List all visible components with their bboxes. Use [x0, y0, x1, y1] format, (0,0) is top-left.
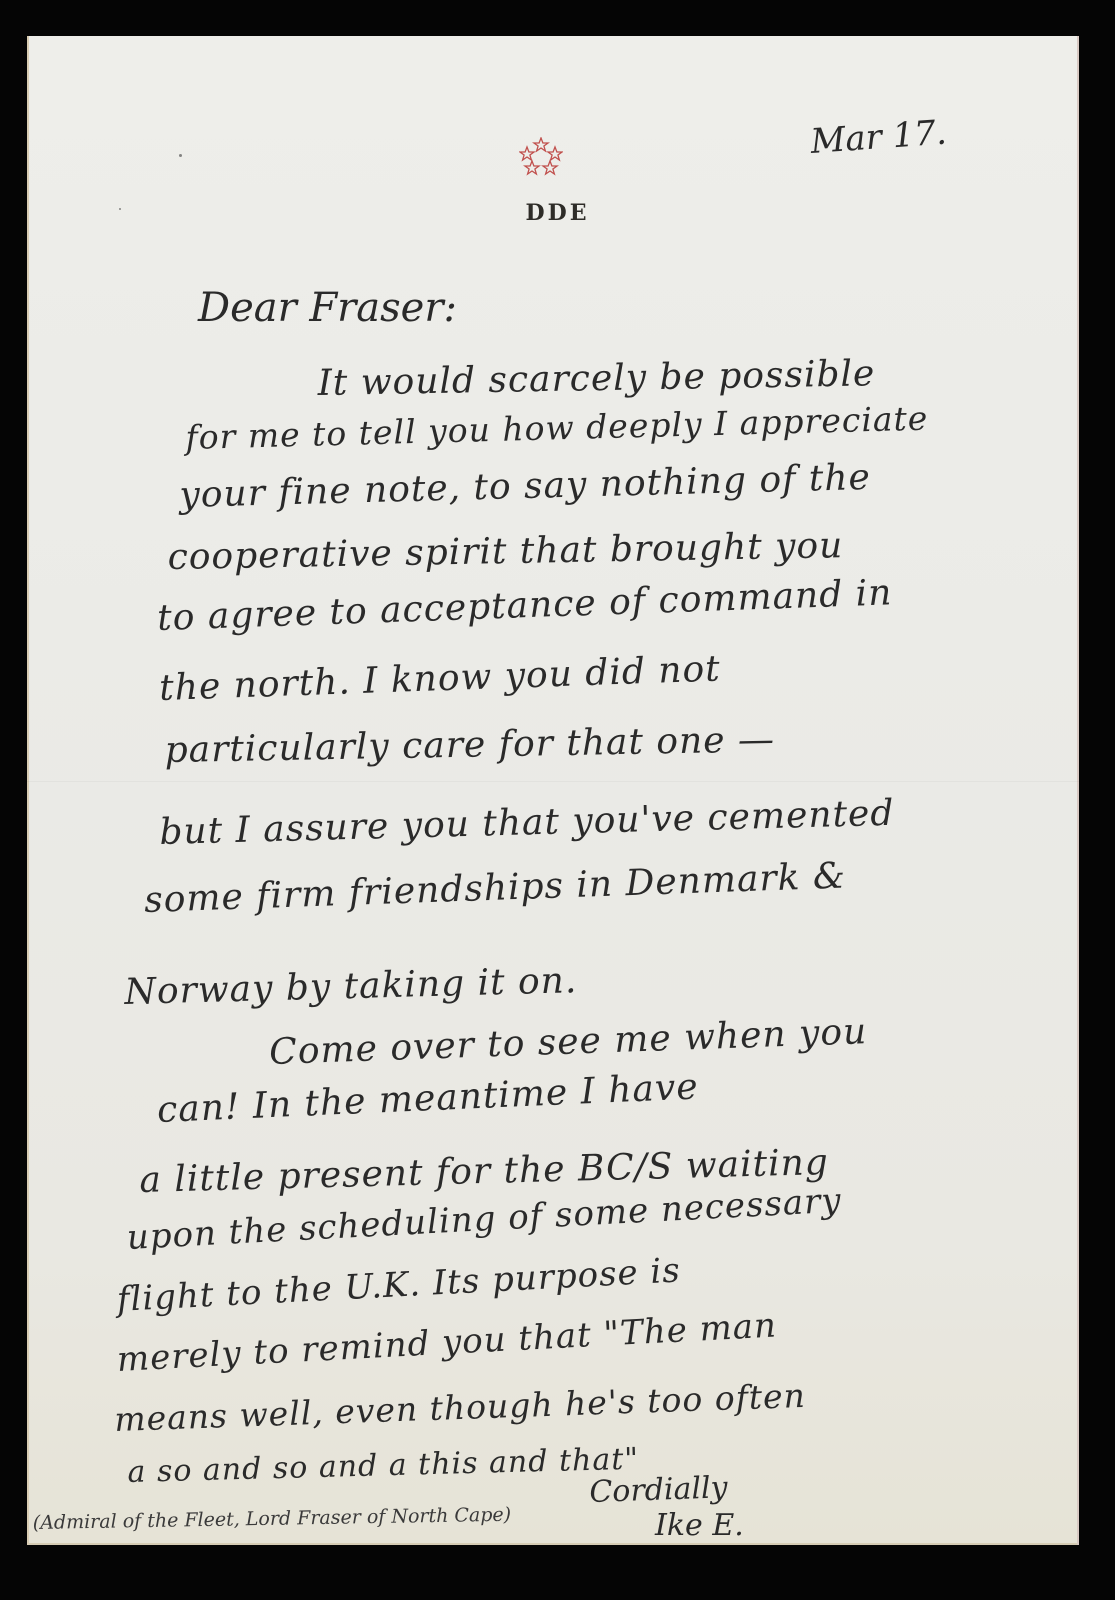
letterhead-initials: DDE: [0, 200, 1115, 226]
signature: Ike E.: [655, 1508, 744, 1543]
photo-stage: DDE Mar 17. Dear Fraser: It would scarce…: [0, 0, 1115, 1600]
closing: Cordially: [589, 1470, 728, 1510]
salutation: Dear Fraser:: [198, 285, 457, 331]
paper-fold-line: [27, 781, 1079, 782]
paper-speck: [179, 154, 182, 157]
five-star-ring-icon: [519, 137, 563, 177]
